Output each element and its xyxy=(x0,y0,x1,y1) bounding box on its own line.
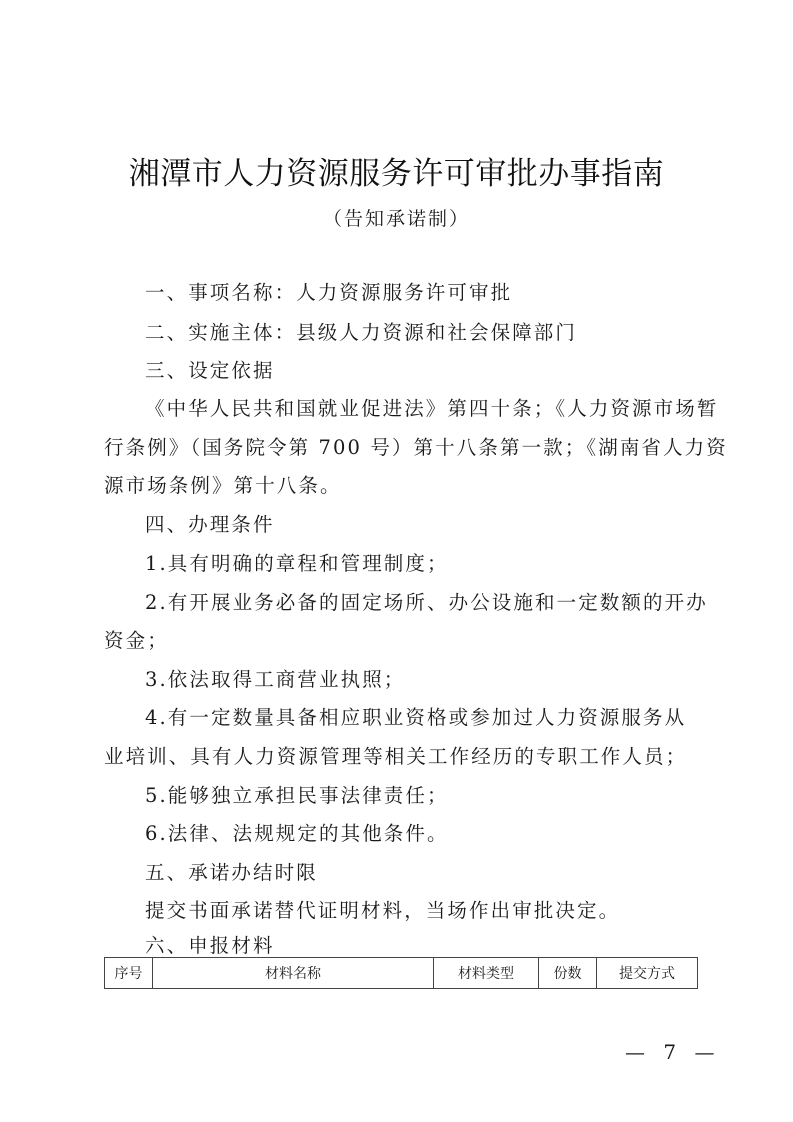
paragraph-line: 行条例》（国务院令第 700 号）第十八条第一款；《湖南省人力资 xyxy=(104,432,704,460)
condition-item: 2.有开展业务必备的固定场所、办公设施和一定数额的开办 xyxy=(104,587,745,615)
condition-item: 5.能够独立承担民事法律责任； xyxy=(104,780,745,808)
section-heading: 五、承诺办结时限 xyxy=(104,857,745,885)
paragraph-line: 《中华人民共和国就业促进法》第四十条；《人力资源市场暂 xyxy=(104,393,745,421)
section-heading: 二、实施主体： xyxy=(145,321,296,344)
table-header-cell: 提交方式 xyxy=(597,958,698,989)
table-header-cell: 材料类型 xyxy=(434,958,539,989)
materials-table: 序号 材料名称 材料类型 份数 提交方式 xyxy=(104,957,698,989)
section-heading: 六、申报材料 xyxy=(104,930,745,958)
section-heading: 一、事项名称： xyxy=(145,281,296,304)
paragraph-line: 源市场条例》第十八条。 xyxy=(104,470,704,498)
section-implementer: 二、实施主体：县级人力资源和社会保障部门 xyxy=(104,317,745,345)
condition-item-cont: 业培训、具有人力资源管理等相关工作经历的专职工作人员； xyxy=(104,741,704,769)
paragraph-line: 提交书面承诺替代证明材料，当场作出审批决定。 xyxy=(104,895,745,923)
section-item-name: 一、事项名称：人力资源服务许可审批 xyxy=(104,277,745,305)
document-subtitle: （告知承诺制） xyxy=(0,204,793,231)
section-value: 县级人力资源和社会保障部门 xyxy=(296,321,577,344)
section-heading: 三、设定依据 xyxy=(104,355,745,383)
document-title: 湘潭市人力资源服务许可审批办事指南 xyxy=(0,148,793,193)
condition-item: 6.法律、法规规定的其他条件。 xyxy=(104,818,745,846)
section-heading: 四、办理条件 xyxy=(104,509,745,537)
section-value: 人力资源服务许可审批 xyxy=(296,281,512,304)
condition-item-cont: 资金； xyxy=(104,625,704,653)
table-header-cell: 材料名称 xyxy=(153,958,434,989)
table-header-row: 序号 材料名称 材料类型 份数 提交方式 xyxy=(105,958,698,989)
table-header-cell: 序号 xyxy=(105,958,153,989)
condition-item: 1.具有明确的章程和管理制度； xyxy=(104,548,745,576)
page-number: — 7 — xyxy=(625,1040,720,1064)
condition-item: 3.依法取得工商营业执照； xyxy=(104,664,745,692)
condition-item: 4.有一定数量具备相应职业资格或参加过人力资源服务从 xyxy=(104,702,745,730)
table-header-cell: 份数 xyxy=(539,958,597,989)
